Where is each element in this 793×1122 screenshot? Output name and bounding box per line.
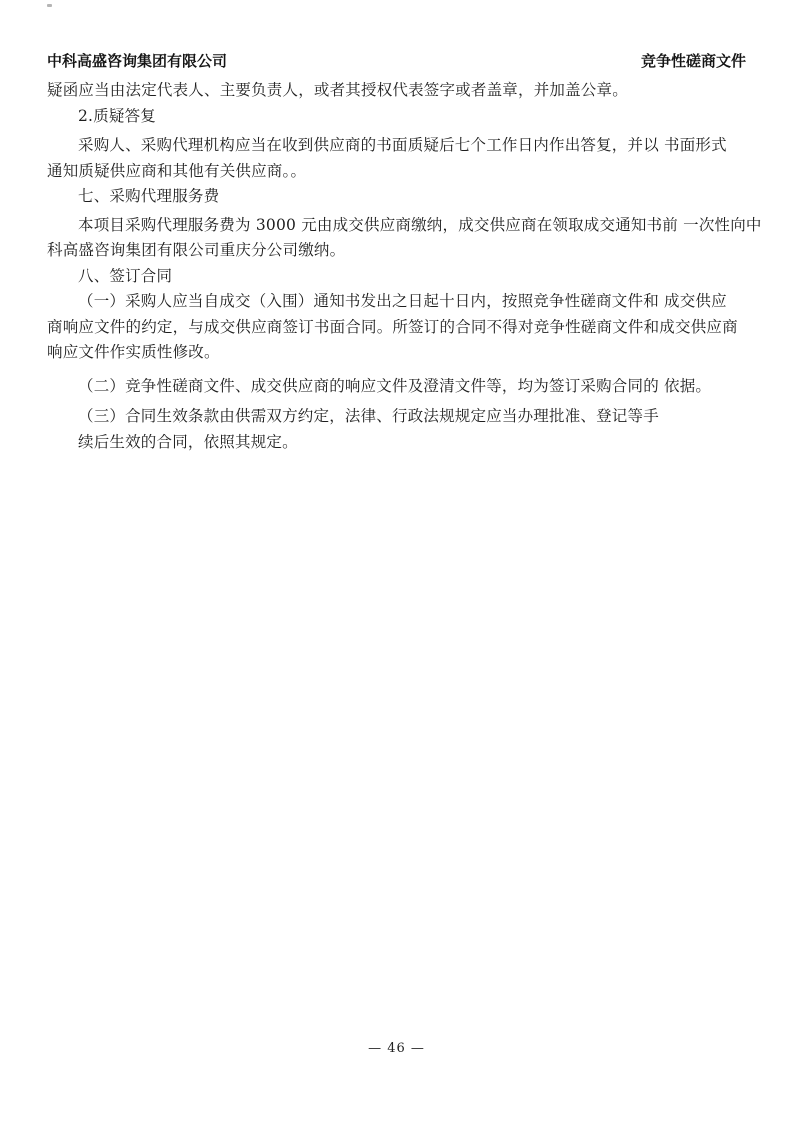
document-body: 疑函应当由法定代表人、主要负责人，或者其授权代表签字或者盖章，并加盖公章。 2.… <box>47 78 747 455</box>
body-line: 响应文件作实质性修改。 <box>47 340 747 366</box>
page-header: 中科高盛咨询集团有限公司 竞争性磋商文件 <box>47 52 746 70</box>
company-name: 中科高盛咨询集团有限公司 <box>47 52 227 70</box>
body-line: 商响应文件的约定，与成交供应商签订书面合同。所签订的合同不得对竞争性磋商文件和成… <box>47 315 747 341</box>
body-line: 续后生效的合同，依照其规定。 <box>47 430 747 456</box>
page-number: — 46 — <box>368 1041 425 1056</box>
body-line: （二）竞争性磋商文件、成交供应商的响应文件及澄清文件等，均为签订采购合同的 依据… <box>47 374 747 400</box>
body-line: 2.质疑答复 <box>47 104 747 130</box>
section-heading: 八、签订合同 <box>47 264 747 290</box>
section-heading: 七、采购代理服务费 <box>47 184 747 210</box>
body-line: 本项目采购代理服务费为 3000 元由成交供应商缴纳，成交供应商在领取成交通知书… <box>47 213 747 239</box>
body-line: 采购人、采购代理机构应当在收到供应商的书面质疑后七个工作日内作出答复，并以 书面… <box>47 133 747 159</box>
body-line: 通知质疑供应商和其他有关供应商。。 <box>47 159 747 185</box>
document-page: 中科高盛咨询集团有限公司 竞争性磋商文件 疑函应当由法定代表人、主要负责人，或者… <box>0 0 793 1122</box>
body-line: 科高盛咨询集团有限公司重庆分公司缴纳。 <box>47 238 747 264</box>
document-type-label: 竞争性磋商文件 <box>641 52 746 70</box>
scan-artifact-dot <box>47 4 52 7</box>
body-line: （一）采购人应当自成交（入围）通知书发出之日起十日内，按照竞争性磋商文件和 成交… <box>47 289 747 315</box>
body-line: 疑函应当由法定代表人、主要负责人，或者其授权代表签字或者盖章，并加盖公章。 <box>47 78 747 104</box>
page-footer: — 46 — <box>0 1041 793 1056</box>
body-line: （三）合同生效条款由供需双方约定，法律、行政法规规定应当办理批准、登记等手 <box>47 404 747 430</box>
